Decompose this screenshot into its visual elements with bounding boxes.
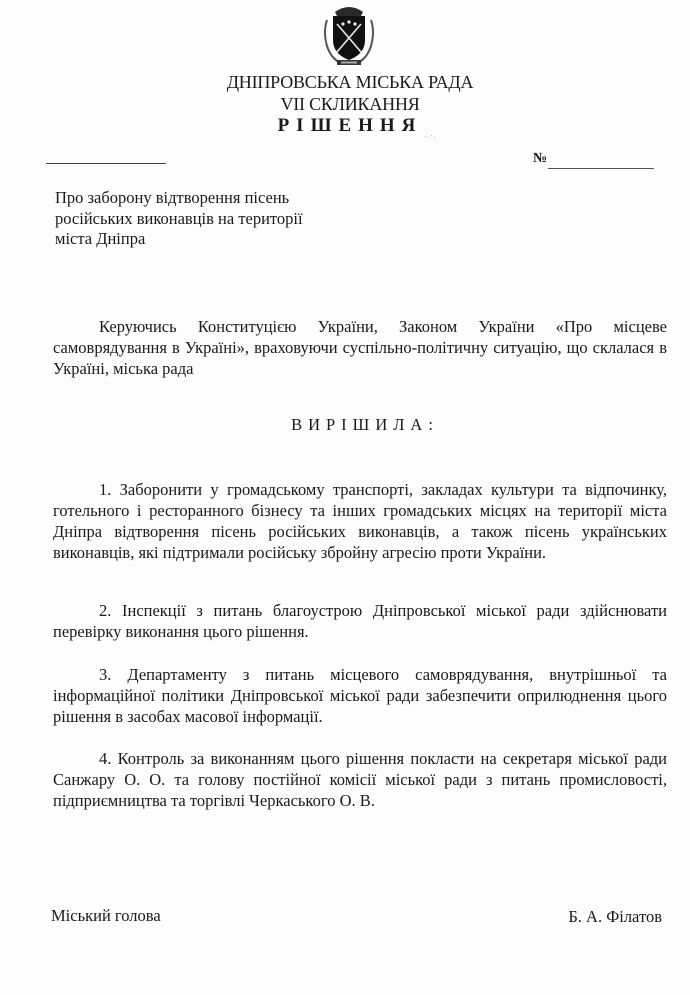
resolution-item-3: 3. Департаменту з питань місцевого самов… [53,664,667,727]
resolution-item-2: 2. Інспекції з питань благоустрою Дніпро… [53,600,667,642]
subject-line: Про заборону відтворення пісень [55,188,355,209]
document-page: ДНІПРОВСЬКА МІСЬКА РАДА VII СКЛИКАННЯ РІ… [0,0,690,995]
resolution-item-4: 4. Контроль за виконанням цього рішення … [53,748,667,811]
number-label: № [533,151,547,167]
date-blank-line [46,163,166,164]
decision-subject: Про заборону відтворення пісень російськ… [55,188,355,250]
signatory-title: Міський голова [51,906,161,926]
subject-line: російських виконавців на території [55,209,355,230]
convocation: VII СКЛИКАННЯ [5,94,690,114]
preamble-paragraph: Керуючись Конституцією України, Законом … [53,316,667,379]
scan-artifact [423,135,437,138]
coat-of-arms-icon [321,2,377,68]
subject-line: міста Дніпра [55,229,355,250]
document-type-title: РІШЕННЯ [5,116,690,136]
number-blank-line [548,168,654,169]
signatory-name: Б. А. Філатов [568,907,662,927]
resolved-heading: ВИРІШИЛА: [0,415,690,435]
council-name: ДНІПРОВСЬКА МІСЬКА РАДА [5,72,690,92]
resolution-item-1: 1. Заборонити у громадському транспорті,… [53,479,667,563]
